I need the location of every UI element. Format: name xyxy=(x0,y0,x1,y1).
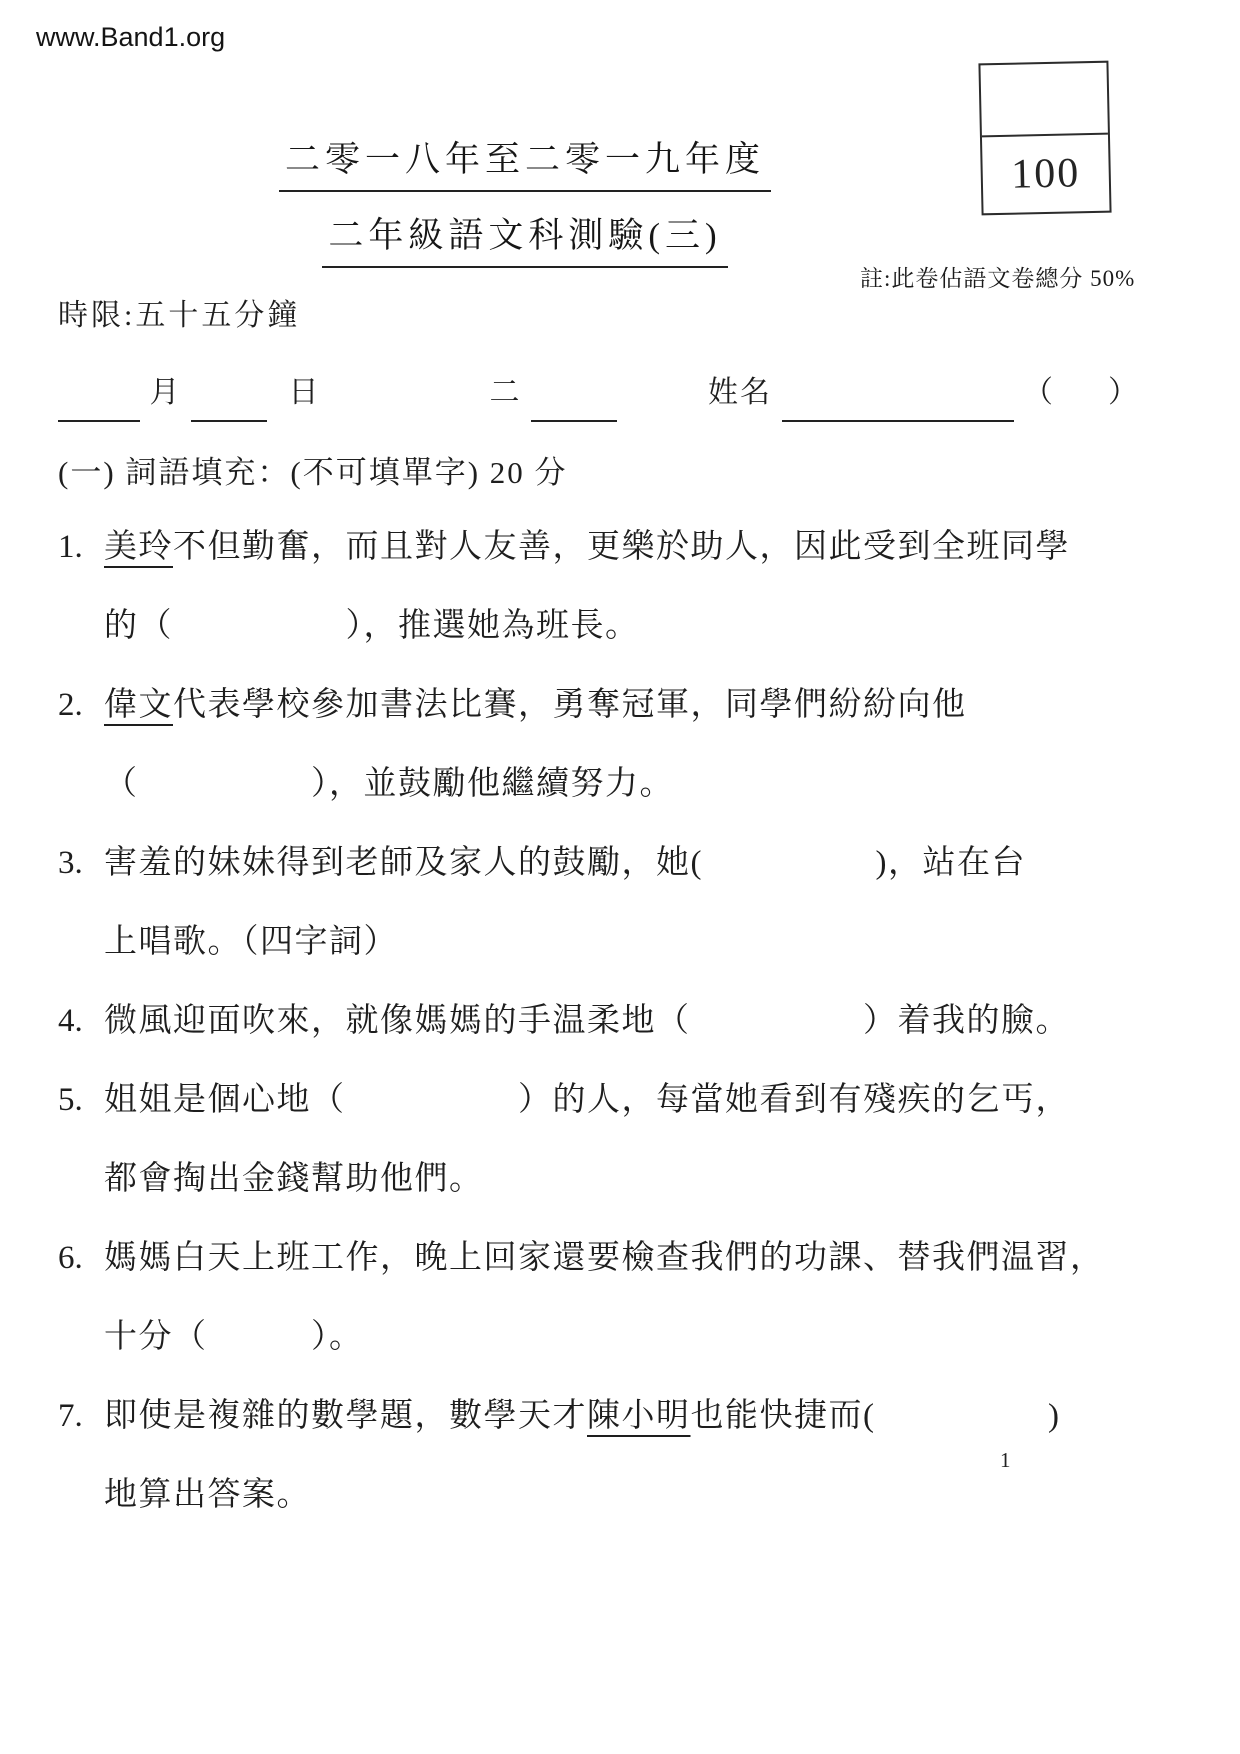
paper-title-line2: 二年級語文科測驗(三) xyxy=(322,208,727,268)
underlined-name: 陳小明 xyxy=(587,1398,691,1434)
question-line: 上唱歌。（四字詞） xyxy=(58,903,1216,982)
question-line: 地算出答案。 xyxy=(58,1456,1216,1535)
title-block: 二零一八年至二零一九年度 二年級語文科測驗(三) xyxy=(0,132,1240,268)
section-heading: (一) 詞語填充：(不可填單字) 20 分 xyxy=(58,450,1216,496)
student-info-line: 月 日 二 姓名 （ ） xyxy=(58,364,1216,422)
question-number: 1. xyxy=(58,508,104,587)
question-text: 害羞的妹妹得到老師及家人的鼓勵，她( )，站在台 xyxy=(104,845,1026,881)
month-blank xyxy=(58,380,140,422)
page-number: 1 xyxy=(1000,1448,1011,1473)
question-text: 的（ ），推選她為班長。 xyxy=(104,608,640,644)
weighting-note: 註:此卷佔語文卷總分 50% xyxy=(860,260,1135,293)
site-watermark: www.Band1.org xyxy=(36,22,225,53)
underlined-name: 美玲 xyxy=(104,529,173,565)
day-label: 日 xyxy=(289,376,321,409)
questions: 1.美玲不但勤奮，而且對人友善，更樂於助人，因此受到全班同學的（ ），推選她為班… xyxy=(58,508,1216,1535)
question-text: 微風迎面吹來，就像媽媽的手温柔地（ ）着我的臉。 xyxy=(104,1003,1070,1039)
question-text: 媽媽白天上班工作，晚上回家還要檢查我們的功課、替我們温習， xyxy=(104,1240,1105,1276)
question-text: 十分（ ）。 xyxy=(104,1319,364,1355)
question-text: 也能快捷而( ) xyxy=(691,1398,1061,1434)
question-line: 7.即使是複雜的數學題，數學天才陳小明也能快捷而( ) xyxy=(58,1377,1216,1456)
question-number: 2. xyxy=(58,666,104,745)
question-line: 3.害羞的妹妹得到老師及家人的鼓勵，她( )，站在台 xyxy=(58,824,1216,903)
question-text: 都會掏出金錢幫助他們。 xyxy=(104,1161,484,1197)
question-line: 的（ ），推選她為班長。 xyxy=(58,587,1216,666)
name-label: 姓名 xyxy=(708,376,772,409)
question-text: 上唱歌。（四字詞） xyxy=(104,924,398,960)
name-blank xyxy=(782,380,1014,422)
question-number: 6. xyxy=(58,1219,104,1298)
score-box-empty-cell xyxy=(980,63,1107,138)
question-text: 即使是複雜的數學題，數學天才 xyxy=(104,1398,587,1434)
question-line: 十分（ ）。 xyxy=(58,1298,1216,1377)
question-text: 地算出答案。 xyxy=(104,1477,311,1513)
paper-title-line1: 二零一八年至二零一九年度 xyxy=(279,132,771,192)
question-number: 3. xyxy=(58,824,104,903)
question-line: 2.偉文代表學校參加書法比賽，勇奪冠軍，同學們紛紛向他 xyxy=(58,666,1216,745)
scanned-test-paper: www.Band1.org 100 二零一八年至二零一九年度 二年級語文科測驗(… xyxy=(0,0,1240,1754)
question-line: 4.微風迎面吹來，就像媽媽的手温柔地（ ）着我的臉。 xyxy=(58,982,1216,1061)
question-line: 都會掏出金錢幫助他們。 xyxy=(58,1140,1216,1219)
question-line: （ ），並鼓勵他繼續努力。 xyxy=(58,745,1216,824)
question-line: 6.媽媽白天上班工作，晚上回家還要檢查我們的功課、替我們温習， xyxy=(58,1219,1216,1298)
question-number: 4. xyxy=(58,982,104,1061)
month-label: 月 xyxy=(150,376,182,409)
class-blank xyxy=(531,380,617,422)
question-text: 不但勤奮，而且對人友善，更樂於助人，因此受到全班同學 xyxy=(173,529,1070,565)
paren-close: ） xyxy=(1108,376,1140,409)
question-text: 姐姐是個心地（ ）的人，每當她看到有殘疾的乞丐， xyxy=(104,1082,1070,1118)
question-line: 1.美玲不但勤奮，而且對人友善，更樂於助人，因此受到全班同學 xyxy=(58,508,1216,587)
paper-body: 時限:五十五分鐘 月 日 二 姓名 （ ） (一) 詞語填充：(不可填單字) 2… xyxy=(58,294,1216,1535)
question-text: （ ），並鼓勵他繼續努力。 xyxy=(104,766,674,802)
question-text: 代表學校參加書法比賽，勇奪冠軍，同學們紛紛向他 xyxy=(173,687,967,723)
question-number: 5. xyxy=(58,1061,104,1140)
time-limit: 時限:五十五分鐘 xyxy=(58,294,1216,338)
question-line: 5.姐姐是個心地（ ）的人，每當她看到有殘疾的乞丐， xyxy=(58,1061,1216,1140)
paren-open: （ xyxy=(1023,376,1055,409)
underlined-name: 偉文 xyxy=(104,687,173,723)
class-label: 二 xyxy=(490,376,522,409)
day-blank xyxy=(191,380,267,422)
question-number: 7. xyxy=(58,1377,104,1456)
